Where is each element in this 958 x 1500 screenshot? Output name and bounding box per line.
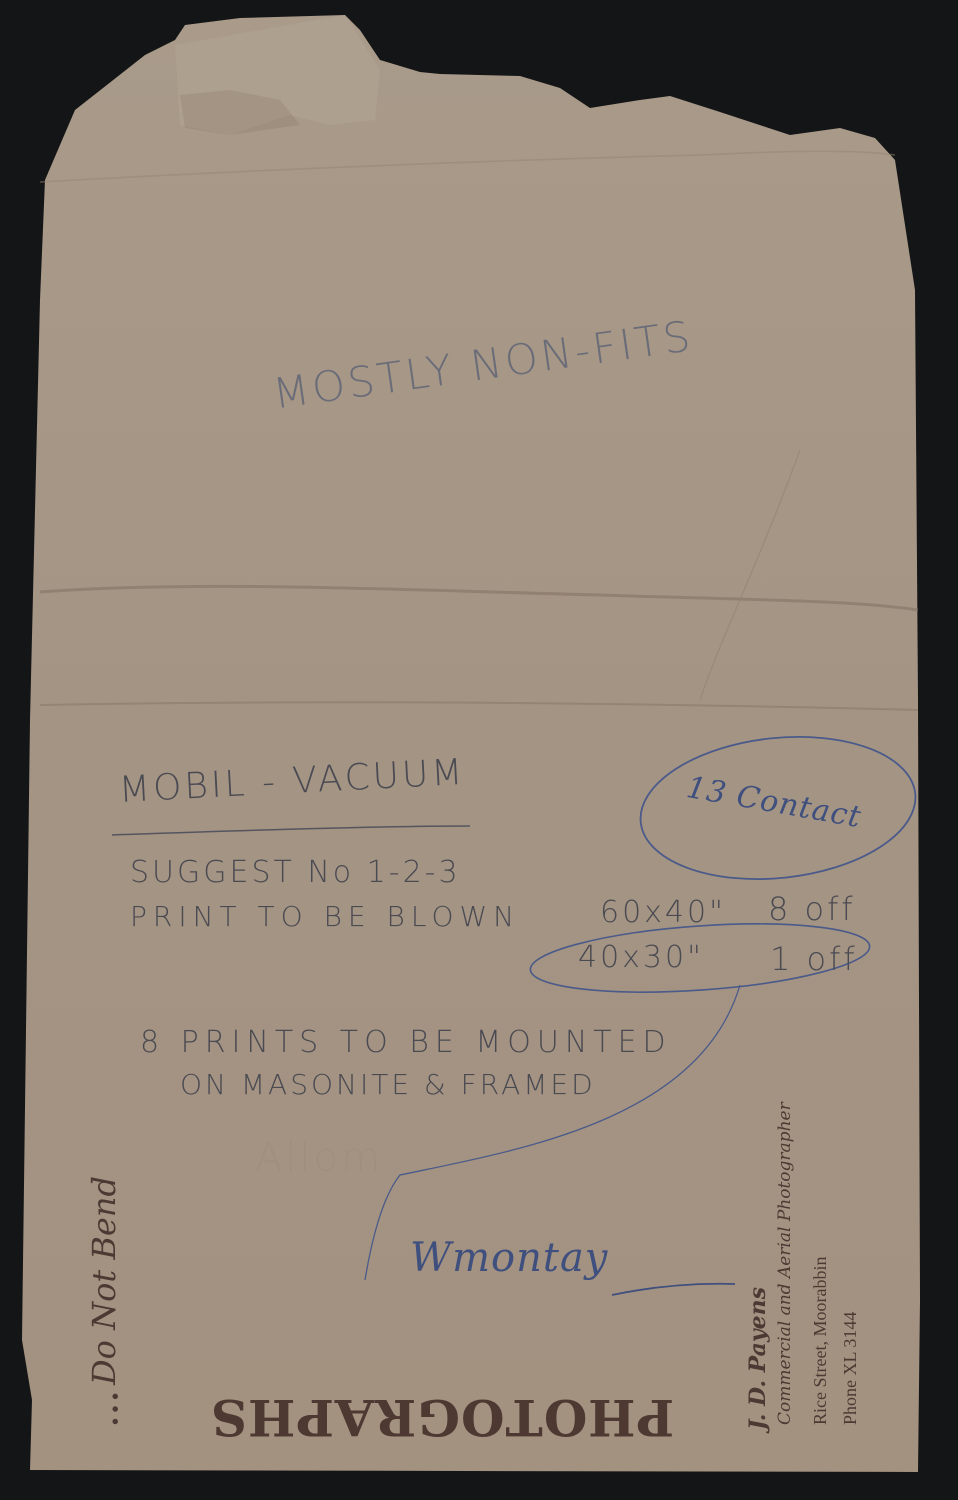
suggest-line: SUGGEST No 1-2-3 xyxy=(130,855,461,890)
company-description: Commercial and Aerial Photographer xyxy=(775,1102,795,1425)
envelope: MOSTLY NON-FITS MOBIL - VACUUM 13 Contac… xyxy=(0,0,958,1500)
print-size-60x40: 60x40" xyxy=(600,895,726,930)
company-address: Rice Street, Moorabbin xyxy=(810,1257,831,1425)
print-qty-8off: 8 off xyxy=(768,890,856,928)
photographs-label: PHOTOGRAPHS xyxy=(210,1388,674,1447)
signature: Wmontay xyxy=(410,1235,608,1281)
print-size-40x30: 40x30" xyxy=(578,940,704,975)
print-blown-line: PRINT TO BE BLOWN xyxy=(130,900,520,933)
mount-line: 8 PRINTS TO BE MOUNTED xyxy=(140,1025,672,1060)
company-name: J. D. Payens xyxy=(745,1287,771,1430)
do-not-bend-label: Do Not Bend xyxy=(85,1176,123,1385)
masonite-line: ON MASONITE & FRAMED xyxy=(180,1068,596,1101)
company-phone: Phone XL 3144 xyxy=(840,1312,861,1425)
dots-decoration: • • • xyxy=(105,1393,128,1425)
faint-pencil-note: Allom xyxy=(255,1135,383,1181)
print-qty-1off: 1 off xyxy=(770,940,858,978)
